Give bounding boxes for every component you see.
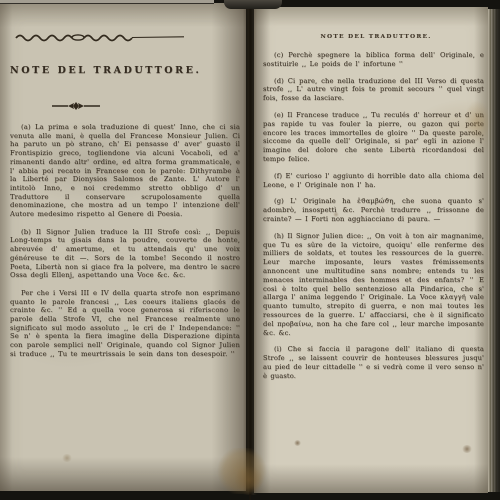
- note-paragraph-e: (e) Il Francese traduce ,, Tu reculés d'…: [263, 111, 484, 164]
- note-paragraph-c: (c) Perchè spegnere la biblica forma del…: [263, 51, 484, 69]
- page-title: NOTE DEL TRADUTTORE.: [10, 65, 201, 76]
- binding-clip: [224, 0, 282, 9]
- note-paragraph-d: (d) Ci pare, che nella traduzione del II…: [263, 77, 484, 103]
- left-text-column: (a) La prima e sola traduzione di quest'…: [10, 123, 240, 368]
- note-paragraph-h: (h) Il Signor Julien dice: ,, On voit à …: [263, 232, 484, 338]
- gutter-crease: [249, 0, 251, 500]
- left-page: NOTE DEL TRADUTTORE. (a) La prima e sola…: [0, 3, 246, 491]
- note-paragraph-f: (f) E' curioso l' aggiunto di horrible d…: [263, 172, 484, 190]
- running-head: NOTE DEL TRADUTTORE.: [294, 34, 458, 40]
- note-paragraph-g: (g) L' Originale ha ἐϑαμβώϑη, che suona …: [263, 197, 484, 223]
- right-page: NOTE DEL TRADUTTORE. (c) Perchè spegnere…: [254, 7, 488, 493]
- wavy-rule-icon: [14, 31, 186, 43]
- page-top-edge: [0, 0, 214, 4]
- note-paragraph-b: (b) Il Signor Julien traduce la III Stro…: [10, 228, 240, 280]
- note-paragraph-a: (a) La prima e sola traduzione di quest'…: [10, 123, 240, 219]
- page-stack-edge: [488, 9, 500, 492]
- right-text-column: (c) Perchè spegnere la biblica forma del…: [263, 51, 484, 389]
- diamond-divider-icon: [52, 101, 100, 111]
- book-photo: NOTE DEL TRADUTTORE. (a) La prima e sola…: [0, 0, 500, 500]
- note-paragraph-i: (i) Che si faccia il paragone dell' ital…: [263, 345, 484, 380]
- note-paragraph-b-continuation: Per che i Versi III e IV della quarta st…: [10, 289, 240, 359]
